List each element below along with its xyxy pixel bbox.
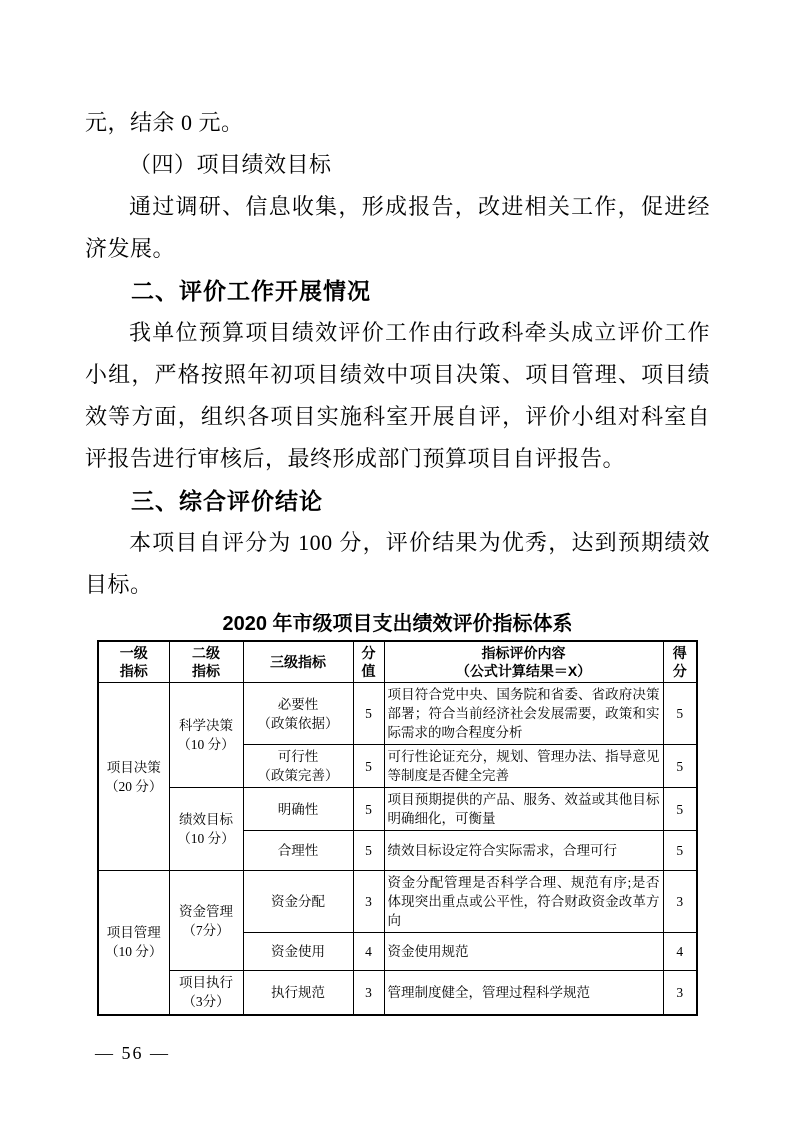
cell-score-max: 4 [353,933,384,971]
cell-level2: 项目执行 （3分） [169,971,243,1015]
cell-score: 5 [663,831,697,871]
cell-score: 5 [663,788,697,831]
paragraph-balance: 元，结余 0 元。 [85,102,710,144]
table-row: 项目决策 （20 分） 科学决策 （10 分） 必要性 （政策依据） 5 项目符… [98,683,697,745]
page-content: 元，结余 0 元。 （四）项目绩效目标 通过调研、信息收集，形成报告，改进相关工… [0,0,793,1064]
cell-score-max: 5 [353,683,384,745]
cell-level1: 项目决策 （20 分） [98,683,169,871]
cell-score: 3 [663,971,697,1015]
paragraph-section2: 我单位预算项目绩效评价工作由行政科牵头成立评价工作小组，严格按照年初项目绩效中项… [85,312,710,480]
cell-criteria: 管理制度健全，管理过程科学规范 [384,971,663,1015]
table-row: 绩效目标 （10 分） 明确性 5 项目预期提供的产品、服务、效益或其他目标明确… [98,788,697,831]
cell-level1: 项目管理 （10 分） [98,871,169,1015]
cell-indicator: 执行规范 [243,971,353,1015]
col-header-level2: 二级 指标 [169,641,243,683]
cell-indicator: 明确性 [243,788,353,831]
cell-criteria: 项目符合党中央、国务院和省委、省政府决策部署；符合当前经济社会发展需要，政策和实… [384,683,663,745]
cell-score: 5 [663,745,697,788]
table-header-row: 一级 指标 二级 指标 三级指标 分 值 指标评价内容 （公式计算结果＝X） 得… [98,641,697,683]
heading-section3: 三、综合评价结论 [85,480,710,522]
heading-section2: 二、评价工作开展情况 [85,270,710,312]
table-row: 项目管理 （10 分） 资金管理 （7分） 资金分配 3 资金分配管理是否科学合… [98,871,697,933]
cell-score-max: 5 [353,745,384,788]
cell-level2: 绩效目标 （10 分） [169,788,243,871]
cell-level2: 科学决策 （10 分） [169,683,243,788]
cell-score: 4 [663,933,697,971]
cell-level2: 资金管理 （7分） [169,871,243,971]
cell-score-max: 5 [353,831,384,871]
cell-indicator: 可行性 （政策完善） [243,745,353,788]
cell-score-max: 3 [353,871,384,933]
cell-criteria: 资金使用规范 [384,933,663,971]
cell-score-max: 5 [353,788,384,831]
subheading-section4: （四）项目绩效目标 [85,144,710,186]
cell-indicator: 资金使用 [243,933,353,971]
cell-indicator: 资金分配 [243,871,353,933]
cell-criteria: 资金分配管理是否科学合理、规范有序;是否体现突出重点或公平性，符合财政资金改革方… [384,871,663,933]
col-header-score: 得 分 [663,641,697,683]
col-header-score-max: 分 值 [353,641,384,683]
cell-indicator: 必要性 （政策依据） [243,683,353,745]
indicator-table: 一级 指标 二级 指标 三级指标 分 值 指标评价内容 （公式计算结果＝X） 得… [97,640,698,1016]
cell-score: 3 [663,871,697,933]
cell-criteria: 可行性论证充分，规划、管理办法、指导意见等制度是否健全完善 [384,745,663,788]
cell-indicator: 合理性 [243,831,353,871]
table-row: 项目执行 （3分） 执行规范 3 管理制度健全，管理过程科学规范 3 [98,971,697,1015]
cell-criteria: 绩效目标设定符合实际需求，合理可行 [384,831,663,871]
paragraph-section4: 通过调研、信息收集，形成报告，改进相关工作，促进经济发展。 [85,186,710,270]
page-number: — 56 — [85,1042,710,1064]
cell-criteria: 项目预期提供的产品、服务、效益或其他目标明确细化，可衡量 [384,788,663,831]
document-page: 元，结余 0 元。 （四）项目绩效目标 通过调研、信息收集，形成报告，改进相关工… [0,0,793,1122]
col-header-level3: 三级指标 [243,641,353,683]
col-header-level1: 一级 指标 [98,641,169,683]
cell-score-max: 3 [353,971,384,1015]
table-title: 2020 年市级项目支出绩效评价指标体系 [85,610,710,638]
col-header-criteria: 指标评价内容 （公式计算结果＝X） [384,641,663,683]
paragraph-section3: 本项目自评分为 100 分，评价结果为优秀，达到预期绩效目标。 [85,522,710,606]
cell-score: 5 [663,683,697,745]
